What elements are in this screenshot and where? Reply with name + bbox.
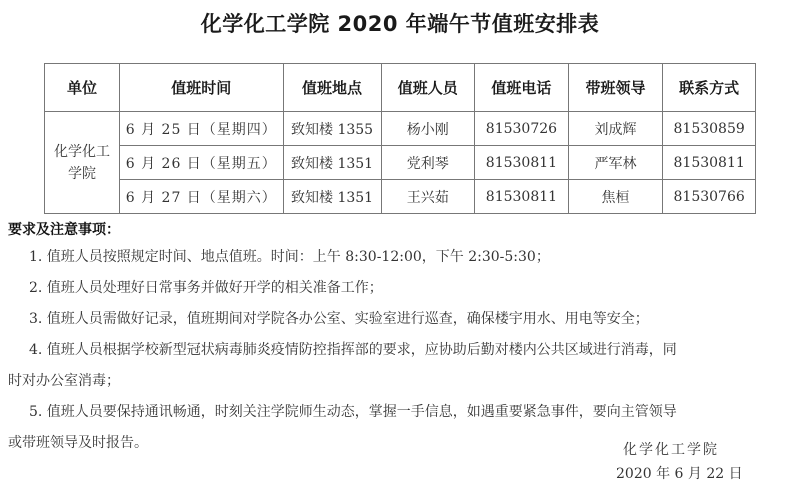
contact-cell: 81530859: [663, 112, 756, 146]
header-duty-time: 值班时间: [119, 64, 283, 112]
note-item-4: 4. 值班人员根据学校新型冠状病毒肺炎疫情防控指挥部的要求，应协助后勤对楼内公共…: [29, 335, 789, 397]
table-row: 6 月 26 日（星期五） 致知楼 1351 党利琴 81530811 严军林 …: [45, 146, 756, 180]
header-duty-place: 值班地点: [283, 64, 381, 112]
document-title: 化学化工学院 2020 年端午节值班安排表: [0, 8, 800, 38]
leader-cell: 焦桓: [568, 180, 663, 214]
leader-cell: 刘成辉: [568, 112, 663, 146]
table-row: 6 月 27 日（星期六） 致知楼 1351 王兴茹 81530811 焦桓 8…: [45, 180, 756, 214]
note-item-1: 1. 值班人员按照规定时间、地点值班。时间：上午 8:30-12:00，下午 2…: [29, 242, 789, 273]
signature-organization: 化学化工学院: [623, 439, 719, 459]
duty-place-cell: 致知楼 1351: [283, 146, 381, 180]
unit-line-1: 化学化工: [54, 144, 110, 160]
header-leader: 带班领导: [568, 64, 663, 112]
duty-phone-cell: 81530811: [475, 146, 569, 180]
duty-place-cell: 致知楼 1355: [283, 112, 381, 146]
signature-date: 2020 年 6 月 22 日: [616, 463, 743, 483]
header-duty-person: 值班人员: [381, 64, 475, 112]
contact-cell: 81530811: [663, 146, 756, 180]
duty-phone-cell: 81530811: [475, 180, 569, 214]
note-item-4-continuation: 时对办公室消毒；: [8, 366, 789, 397]
duty-time-cell: 6 月 26 日（星期五）: [119, 146, 283, 180]
duty-time-cell: 6 月 27 日（星期六）: [119, 180, 283, 214]
notes-heading: 要求及注意事项：: [8, 219, 120, 239]
duty-schedule-table: 单位 值班时间 值班地点 值班人员 值班电话 带班领导 联系方式 化学化工 学院…: [44, 63, 756, 214]
note-item-4-text: 4. 值班人员根据学校新型冠状病毒肺炎疫情防控指挥部的要求，应协助后勤对楼内公共…: [29, 342, 677, 358]
duty-person-cell: 党利琴: [381, 146, 475, 180]
duty-time-cell: 6 月 25 日（星期四）: [119, 112, 283, 146]
unit-cell: 化学化工 学院: [45, 112, 120, 214]
duty-phone-cell: 81530726: [475, 112, 569, 146]
header-unit: 单位: [45, 64, 120, 112]
table-header-row: 单位 值班时间 值班地点 值班人员 值班电话 带班领导 联系方式: [45, 64, 756, 112]
duty-place-cell: 致知楼 1351: [283, 180, 381, 214]
note-item-5-text: 5. 值班人员要保持通讯畅通，时刻关注学院师生动态，掌握一手信息，如遇重要紧急事…: [29, 404, 677, 420]
duty-person-cell: 杨小刚: [381, 112, 475, 146]
table-row: 化学化工 学院 6 月 25 日（星期四） 致知楼 1355 杨小刚 81530…: [45, 112, 756, 146]
header-contact: 联系方式: [663, 64, 756, 112]
note-item-3: 3. 值班人员需做好记录，值班期间对学院各办公室、实验室进行巡查，确保楼宇用水、…: [29, 304, 789, 335]
contact-cell: 81530766: [663, 180, 756, 214]
duty-person-cell: 王兴茹: [381, 180, 475, 214]
note-item-2: 2. 值班人员处理好日常事务并做好开学的相关准备工作；: [29, 273, 789, 304]
unit-line-2: 学院: [68, 166, 96, 182]
header-duty-phone: 值班电话: [475, 64, 569, 112]
leader-cell: 严军林: [568, 146, 663, 180]
